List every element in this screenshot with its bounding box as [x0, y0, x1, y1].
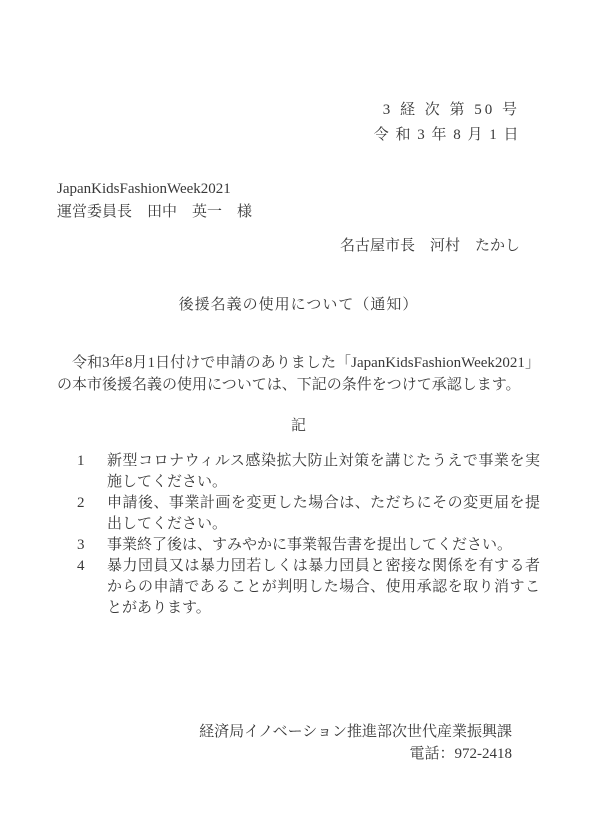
footer-phone: 電話：972-2418 [57, 743, 512, 765]
condition-text: 事業終了後は、すみやかに事業報告書を提出してください。 [107, 535, 540, 556]
body-paragraph: 令和3年8月1日付けで申請のありました「JapanKidsFashionWeek… [57, 352, 540, 396]
condition-text: 新型コロナウィルス感染拡大防止対策を講じたうえで事業を実施してください。 [107, 451, 540, 493]
condition-item: 3 事業終了後は、すみやかに事業報告書を提出してください。 [77, 535, 540, 556]
notice-marker: 記 [57, 416, 540, 437]
footer-block: 経済局イノベーション推進部次世代産業振興課 電話：972-2418 [57, 721, 540, 765]
condition-item: 2 申請後、事業計画を変更した場合は、ただちにその変更届を提出してください。 [77, 493, 540, 535]
condition-number: 2 [77, 493, 107, 535]
document-page: 3 経 次 第 50 号 令 和 3 年 8 月 1 日 JapanKidsFa… [0, 0, 594, 840]
condition-item: 1 新型コロナウィルス感染拡大防止対策を講じたうえで事業を実施してください。 [77, 451, 540, 493]
condition-text: 申請後、事業計画を変更した場合は、ただちにその変更届を提出してください。 [107, 493, 540, 535]
recipient-organization: JapanKidsFashionWeek2021 [57, 178, 540, 201]
footer-department: 経済局イノベーション推進部次世代産業振興課 [57, 721, 512, 743]
sender-name: 名古屋市長 河村 たかし [57, 236, 540, 257]
recipient-block: JapanKidsFashionWeek2021 運営委員長 田中 英一 様 [57, 178, 540, 224]
document-title: 後援名義の使用について（通知） [57, 295, 540, 316]
condition-number: 1 [77, 451, 107, 493]
condition-number: 4 [77, 556, 107, 619]
document-number: 3 経 次 第 50 号 [57, 100, 540, 121]
condition-text: 暴力団員又は暴力団若しくは暴力団員と密接な関係を有する者からの申請であることが判… [107, 556, 540, 619]
conditions-list: 1 新型コロナウィルス感染拡大防止対策を講じたうえで事業を実施してください。 2… [57, 451, 540, 619]
condition-item: 4 暴力団員又は暴力団若しくは暴力団員と密接な関係を有する者からの申請であること… [77, 556, 540, 619]
issue-date: 令 和 3 年 8 月 1 日 [57, 125, 540, 146]
condition-number: 3 [77, 535, 107, 556]
recipient-name: 運営委員長 田中 英一 様 [57, 201, 540, 224]
